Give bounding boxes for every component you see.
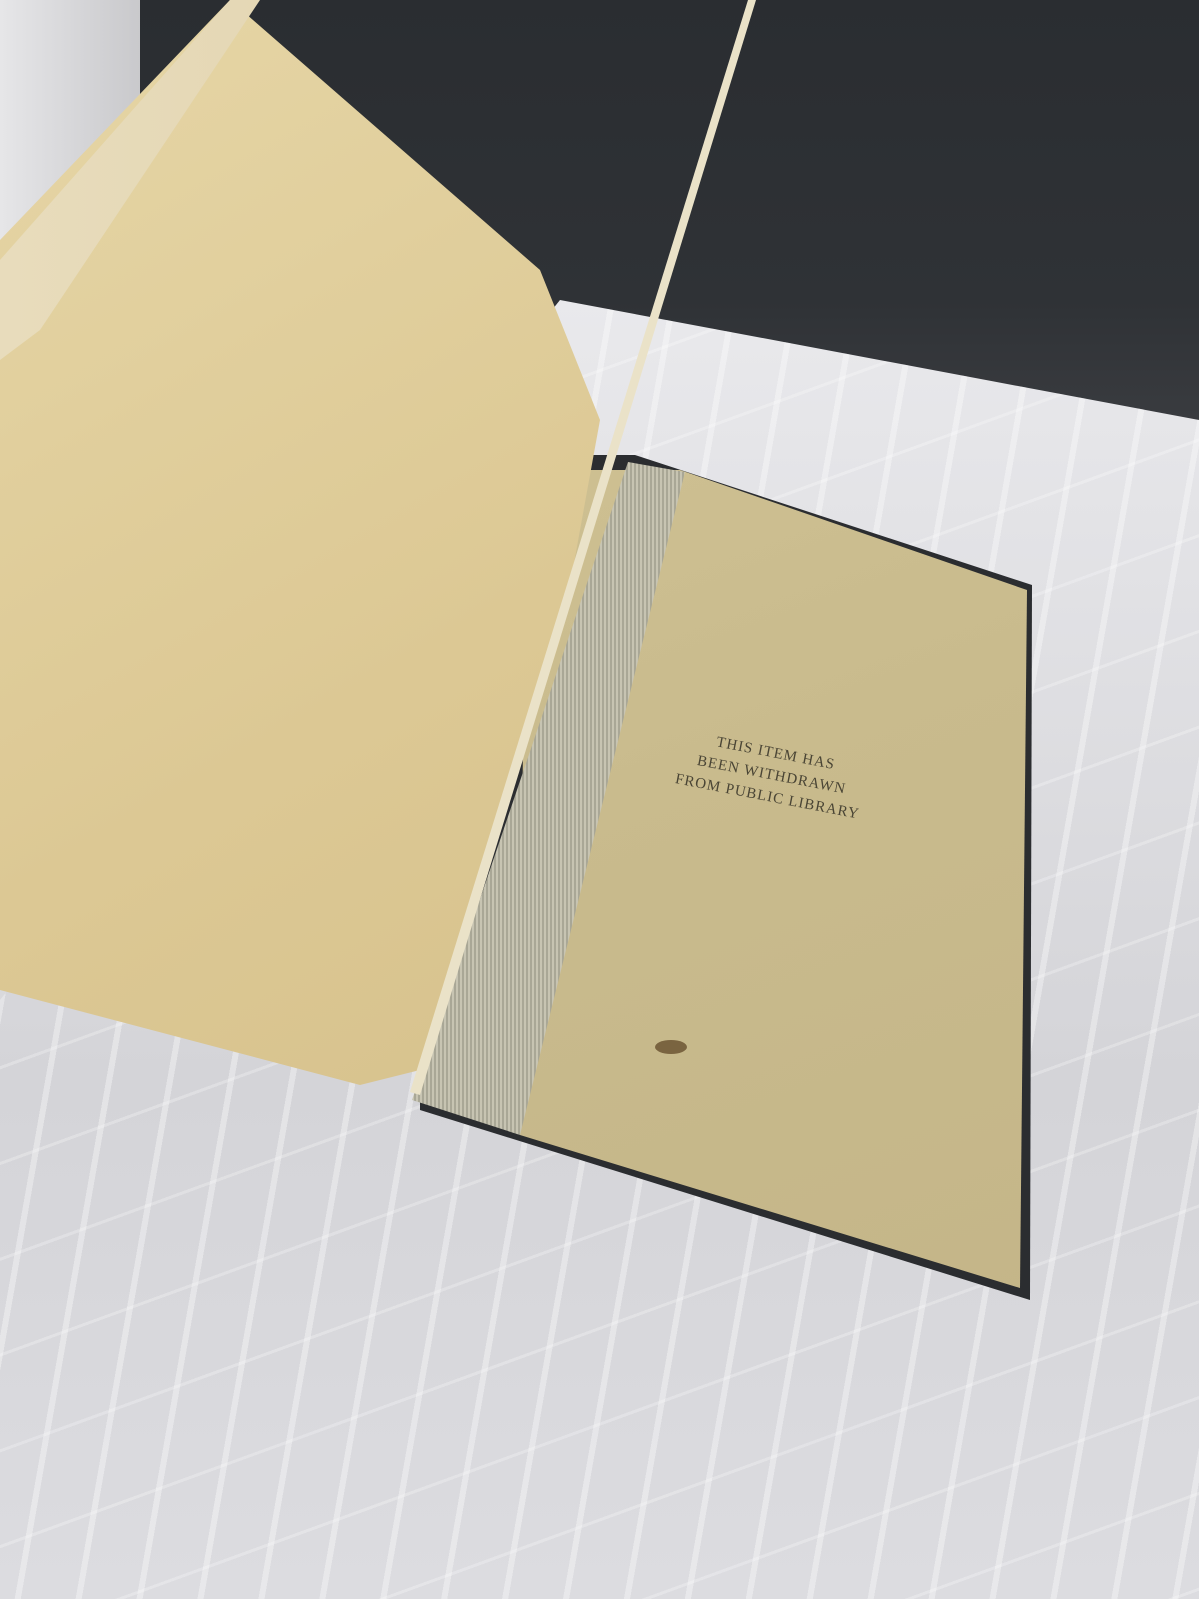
stain-spot <box>655 1040 687 1054</box>
